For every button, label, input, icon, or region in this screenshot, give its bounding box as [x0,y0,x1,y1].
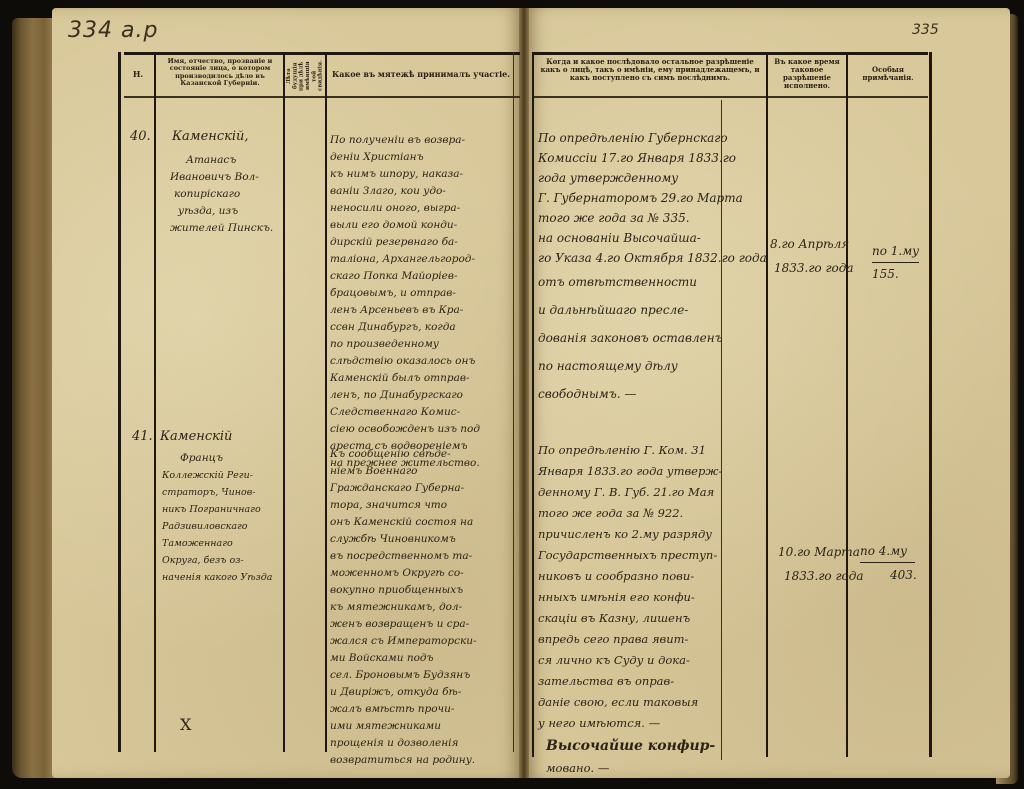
text-line: 10.го Марта [778,540,860,564]
text-line: прощенія и дозволенія [330,735,477,752]
text-line: возвратиться на родину. [330,752,477,769]
name-line: Францъ [180,450,290,467]
text-line: Гражданскаго Губерна- [330,480,477,497]
entry-surname: Каменскій [160,428,232,445]
text-line: Государственныхъ преступ- [538,545,722,566]
text-line: отъ отвѣтственности [538,268,767,296]
text-line: ленъ Арсеньевъ въ Кра- [330,302,480,319]
header-bottom-rule-right [532,96,928,98]
text-line: дирскій резервнаго ба- [330,234,480,251]
book-gutter [519,8,529,778]
entry-participation: По полученіи въ возвра- деніи Христіанъ … [330,132,480,472]
text-line: По полученіи въ возвра- [330,132,480,149]
text-line: По опредѣленію Губернскаго [538,128,767,148]
text-line: выли его домой конди- [330,217,480,234]
header-age: Лѣта будущія при дѣлѣ имѣвшія той свидѣн… [286,56,324,96]
name-line: страторъ, Чинов- [162,484,272,501]
text-line: таліона, Архангельгород- [330,251,480,268]
text-line: жалъ вмѣстѣ прочи- [330,701,477,718]
column-line [929,52,932,757]
text-line: ся лично къ Суду и дока- [538,650,722,671]
name-line: Таможеннаго [162,535,272,552]
text-line: ми Войсками подъ [330,650,477,667]
text-line: въ посредственномъ та- [330,548,477,565]
column-line [154,52,156,752]
name-line: Ивановичъ Вол- [170,169,273,186]
text-line: никовъ и сообразно пови- [538,566,722,587]
text-line: впредь сего права явит- [538,629,722,650]
header-execution-time: Въ какое время таковое разрѣшеніе исполн… [769,58,845,90]
header-name: Имя, отчество, прозваніе и состояніе лиц… [158,58,282,88]
text-line: скаціи въ Казну, лишенъ [538,608,722,629]
header-participation: Какое въ мятежѣ принималъ участіе. [330,70,512,79]
text-line: сіею освобожденъ изъ под [330,421,480,438]
header-top-rule-right [532,52,928,55]
entry-surname: Каменскій, [172,128,249,145]
text-line: 8.го Апрѣля [770,232,850,256]
entry-execution-time: 8.го Апрѣля 1833.го года [770,232,850,280]
name-line: жителей Пинскъ. [170,220,273,237]
entry-remarks: по 1.му 155. [872,240,919,285]
text-line: дованія законовъ оставленъ [538,324,767,352]
text-line: слѣдствію оказалось онъ [330,353,480,370]
text-line: по настоящему дѣлу [538,352,767,380]
text-line: Каменскій былъ отправ- [330,370,480,387]
left-page-number: 334 a.p [68,18,158,43]
open-register-book: 334 a.p 335 Н. Имя, отчество, прозваніе … [0,0,1024,789]
text-line: службѣ Чиновникомъ [330,531,477,548]
text-line: по произведенному [330,336,480,353]
text-line: Следственнаго Комис- [330,404,480,421]
name-line: копиріскаго [174,186,277,203]
text-line: 403. [890,563,945,587]
text-line: скаго Попка Майоріев- [330,268,480,285]
name-line: никъ Пограничнаго [162,501,272,518]
header-number: Н. [124,70,152,79]
text-line: ніемъ Военнаго [330,463,477,480]
text-line: 155. [872,263,919,285]
entry-name-details: Атанасъ Ивановичъ Вол- копиріскаго уѣзда… [160,152,263,237]
text-line: жался съ Императорски- [330,633,477,650]
entry-execution-time: 10.го Марта 1833.го года [778,540,860,588]
text-line: года утвержденному [538,168,767,188]
text-line: онъ Каменскій состоя на [330,514,477,531]
header-remarks: Особыя примѣчанія. [849,66,927,82]
text-line: женъ возвращенъ и сра- [330,616,477,633]
entry-participation: Къ сообщенію свѣде- ніемъ Военнаго Гражд… [330,446,477,769]
text-line: даніе свою, если таковыя [538,692,722,713]
text-line: Комиссіи 17.го Января 1833.го [538,148,767,168]
text-line: мовано. — [546,758,730,778]
text-line: го Указа 4.го Октября 1832.го года [538,248,767,268]
header-bottom-rule-left [124,96,520,98]
text-line: ваніи Злаго, кои удо- [330,183,480,200]
text-line: ими мятежниками [330,718,477,735]
text-line: и дальнѣйшаго пресле- [538,296,767,324]
text-line: денному Г. В. Губ. 21.го Мая [538,482,722,503]
text-line: Января 1833.го года утверж- [538,461,722,482]
text-line: 1833.го года [774,256,854,280]
name-line: Коллежскій Реги- [162,467,272,484]
text-line: деніи Христіанъ [330,149,480,166]
name-line: Округа, безъ оз- [162,552,272,569]
text-line: того же года за № 922. [538,503,722,524]
text-line: Высочайше конфир- [546,734,730,758]
name-line: уѣзда, изъ [178,203,281,220]
right-page-number: 335 [912,22,939,38]
entry-number: 41. [132,428,153,445]
entry-name-details: Францъ Коллежскій Реги- страторъ, Чинов-… [158,450,268,586]
text-line: того же года за № 335. [538,208,767,228]
column-line [513,52,514,752]
text-line: моженномъ Округѣ со- [330,565,477,582]
column-line [325,52,327,752]
entry-resolution: По опредѣленію Г. Ком. 31 Января 1833.го… [538,440,722,778]
column-line [846,52,848,757]
text-line: сел. Броновымъ Будзянъ [330,667,477,684]
text-line: брацовымъ, и отправ- [330,285,480,302]
text-line: тора, значится что [330,497,477,514]
text-line: свободнымъ. — [538,380,767,408]
text-line: неносили оного, выгра- [330,200,480,217]
text-line: къ нимъ шпору, наказа- [330,166,480,183]
column-line [118,52,121,752]
text-line: ссвн Динабургъ, когда [330,319,480,336]
text-line: По опредѣленію Г. Ком. 31 [538,440,722,461]
text-line: нныхъ имѣнія его конфи- [538,587,722,608]
text-line: у него имѣются. — [538,713,722,734]
name-line: Радзивиловскаго [162,518,272,535]
entry-resolution: По опредѣленію Губернскаго Комиссіи 17.г… [538,128,767,408]
entry-remarks: по 4.му 403. [860,540,915,587]
text-line: на основаніи Высочайша- [538,228,767,248]
text-line: по 1.му [872,240,919,263]
text-line: вокупно приобщенныхъ [330,582,477,599]
name-line: Атанасъ [186,152,289,169]
text-line: по 4.му [860,540,915,563]
text-line: Къ сообщенію свѣде- [330,446,477,463]
entry-number: 40. [130,128,151,145]
text-line: Г. Губернаторомъ 29.го Марта [538,188,767,208]
text-line: зательства въ оправ- [538,671,722,692]
text-line: къ мятежникамъ, дол- [330,599,477,616]
header-resolution: Когда и какое послѣдовало остальное разр… [536,58,764,82]
name-line: наченія какого Уѣзда [162,569,272,586]
column-line [532,52,534,757]
text-line: 1833.го года [784,564,866,588]
header-top-rule-left [124,52,520,55]
margin-cross-mark: X [180,716,191,733]
text-line: ленъ, по Динабургскаго [330,387,480,404]
text-line: и Двиріжъ, откуда бѣ- [330,684,477,701]
text-line: причисленъ ко 2.му разряду [538,524,722,545]
